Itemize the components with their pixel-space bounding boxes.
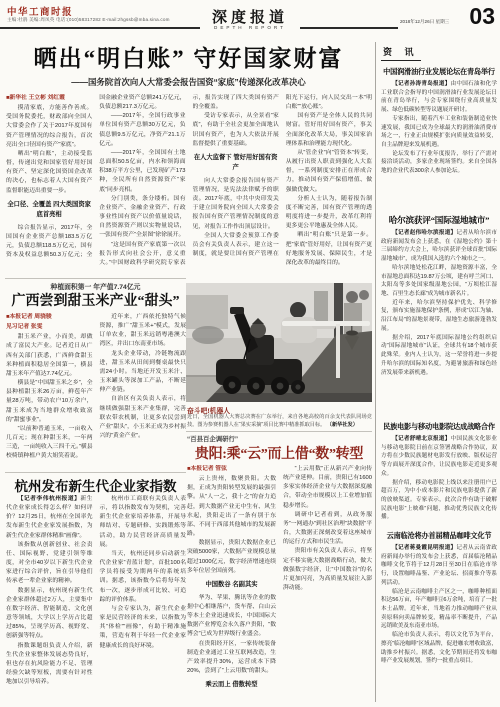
brief-lead-text: 中国民族文化影业与移动电影院日前在京签署战略合作协议，双方将在少数民族题材电影发… <box>381 436 497 477</box>
briefs-divider <box>375 42 376 702</box>
brief-body: 据介绍，移动电影院上线以来注册用户已超百万，为中小成本影片和民族电影提供了新的放… <box>381 479 497 523</box>
brief-headline: 民族电影与移动电影院达成战略合作 <box>381 422 497 432</box>
brief-lead: 【记者孙涛青岛报道】 <box>392 81 450 87</box>
guiyang-headline: 贵阳:乘“云”而上借“数”转型 <box>186 443 372 463</box>
main-headline: 晒出“明白账” 守好国家财富 <box>5 40 372 73</box>
brief-body: 专家指出，随着汽车工业和装备制造业快速发展，我国已成为全球最大的润滑油消费市场之… <box>381 115 497 176</box>
page-number: 03 <box>469 3 495 30</box>
section-title-en: DEPTH REPORT <box>200 25 300 30</box>
brief-item-ethnic-film: 民族电影与移动电影院达成战略合作 【记者舒晴北京报道】中国民族文化影业与移动电影… <box>381 422 497 526</box>
newspaper-page: 中华工商时报 主编:杜鹃 美编:周凤英 电话:(010)58317282 E-m… <box>0 0 500 707</box>
robot-competition-photo-illustration <box>186 283 372 402</box>
hangzhou-lead: 【记者李伟杭州报道】 <box>18 496 81 502</box>
corn-article-body: ■本报记者 周骁骏见习记者 张雯甜玉米产业，小而美，却做成了富民大产业。记者近日… <box>6 313 186 470</box>
header-rule-left <box>0 27 200 29</box>
divider <box>186 431 372 432</box>
brief-body: 临沧是云南咖啡主产区之一，咖啡种植面积达56万亩，年产咖啡豆6万余吨，培育了一批… <box>381 588 497 666</box>
hangzhou-article-body: 【记者李伟杭州报道】新生代企业家成长得怎么样？如何评价？12月25日，杭州在全国… <box>6 495 186 702</box>
brief-headline: 哈尔滨获评“国际湿地城市” <box>381 214 497 226</box>
corn-headline: 广西尝到甜玉米产业“甜头” <box>5 290 186 310</box>
guiyang-kicker: “百县百企调研行” <box>187 434 238 443</box>
brief-lead-text: 记者从云南省政府新闻办举行的发布会上获悉，首届临沧精品咖啡文化节将于12月28日… <box>381 545 497 586</box>
paper-name: 中华工商时报 <box>7 4 73 18</box>
brief-body: 哈尔滨地处松花江畔，湿地资源丰富，全市湿地总面积达19.87万公顷，建有呼兰河口… <box>381 264 497 377</box>
header-rule-right <box>300 27 398 29</box>
brief-headline: 中国润滑油行业发展论坛在青岛举行 <box>381 67 497 77</box>
briefs-column: 资 讯 中国润滑油行业发展论坛在青岛举行 【记者孙涛青岛报道】由中国石油和化学工… <box>381 42 497 702</box>
brief-lead: 【记者舒晴北京报道】 <box>392 436 450 442</box>
guiyang-article-body: ■本报记者 管弦云上贵州，数聚贵阳。大数据，正成为贵阳转型发展的最强引擎。从“人… <box>187 465 372 702</box>
hangzhou-headline: 杭州发布新生代企业家指数 <box>5 475 186 495</box>
briefs-header: 资 讯 <box>381 45 421 61</box>
divider <box>5 278 186 279</box>
main-article-body: ■新华社 王立彬 刘红霞摸清家底，方能善作善成。受国务院委托，财政部向全国人大常… <box>6 94 372 276</box>
edition-info: 主编:杜鹃 美编:周凤英 电话:(010)58317282 E-mail:zhg… <box>7 17 170 23</box>
brief-lead: 【记者赵伟哈尔滨报道】 <box>392 230 456 236</box>
main-subhead: ——国务院首次向人大常委会报告国资“家底”传递深化改革决心 <box>5 76 372 88</box>
brief-item-lubricant-forum: 中国润滑油行业发展论坛在青岛举行 【记者孙涛青岛报道】由中国石油和化学工业联合会… <box>381 67 497 209</box>
divider <box>5 472 186 473</box>
brief-item-harbin-wetland: 哈尔滨获评“国际湿地城市” 【记者赵伟哈尔滨报道】记者从哈尔滨市政府新闻发布会上… <box>381 214 497 417</box>
hangzhou-lead-text: 新生代企业家成长得怎么样？如何评价？12月25日，杭州在全国率先发布新生代企业家… <box>6 496 93 539</box>
brief-item-lincang-coffee: 云南临沧将办首届精品咖啡文化节 【记者蒋曼霞昆明报道】记者从云南省政府新闻办举行… <box>381 531 497 666</box>
brief-headline: 云南临沧将办首届精品咖啡文化节 <box>381 531 497 541</box>
date-line: 2018年12月26日 星期三 <box>400 19 460 25</box>
section-title: 深度报道 <box>200 6 300 27</box>
photo-caption: 近日，全国机器人大赛总决赛在广东举行，来自各地高校的百余支代表队同场竞技。图为参… <box>187 414 372 430</box>
news-photo <box>186 283 372 402</box>
brief-lead: 【记者蒋曼霞昆明报道】 <box>392 545 456 551</box>
photo-credit: （新华社发） <box>327 422 358 428</box>
